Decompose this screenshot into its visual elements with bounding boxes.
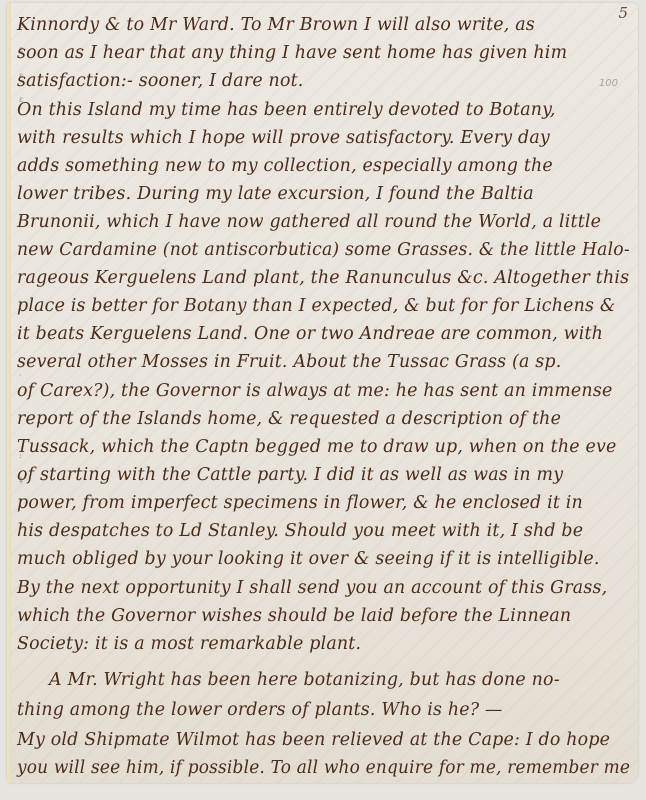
text-line: Tussack, which the Captn begged me to dr…: [17, 437, 630, 457]
text-line: it beats Kerguelens Land. One or two And…: [17, 324, 630, 344]
manuscript-page: ɛɛɛɛ ·:‡ 5 100 Kinnordy & to Mr Ward. To…: [7, 3, 638, 783]
text-line: of starting with the Cattle party. I did…: [17, 465, 630, 485]
text-line: you will see him, if possible. To all wh…: [17, 758, 615, 778]
text-line: place is better for Botany than I expect…: [17, 296, 630, 316]
text-line: soon as I hear that any thing I have sen…: [17, 43, 630, 63]
text-line: By the next opportunity I shall send you…: [17, 578, 630, 598]
text-line: My old Shipmate Wilmot has been relieved…: [17, 730, 630, 750]
text-line: Kinnordy & to Mr Ward. To Mr Brown I wil…: [17, 15, 630, 35]
text-line: power, from imperfect specimens in flowe…: [17, 493, 630, 513]
text-line: On this Island my time has been entirely…: [17, 100, 630, 120]
text-line: his despatches to Ld Stanley. Should you…: [17, 521, 630, 541]
text-line: thing among the lower orders of plants. …: [17, 700, 630, 720]
text-line: Society: it is a most remarkable plant.: [17, 634, 630, 654]
text-line: A Mr. Wright has been here botanizing, b…: [49, 670, 630, 690]
text-line: lower tribes. During my late excursion, …: [17, 184, 630, 204]
text-line: rageous Kerguelens Land plant, the Ranun…: [17, 268, 630, 288]
text-line: with results which I hope will prove sat…: [17, 128, 630, 148]
text-line: several other Mosses in Fruit. About the…: [17, 352, 630, 372]
text-line: much obliged by your looking it over & s…: [17, 549, 630, 569]
handwritten-text: Kinnordy & to Mr Ward. To Mr Brown I wil…: [7, 3, 638, 783]
text-line: adds something new to my collection, esp…: [17, 156, 630, 176]
text-line: new Cardamine (not antiscorbutica) some …: [17, 240, 624, 260]
text-line: satisfaction:- sooner, I dare not.: [17, 71, 630, 91]
text-line: Brunonii, which I have now gathered all …: [17, 212, 630, 232]
text-line: of Carex?), the Governor is always at me…: [17, 381, 630, 401]
text-line: report of the Islands home, & requested …: [17, 409, 630, 429]
text-line: which the Governor wishes should be laid…: [17, 606, 630, 626]
